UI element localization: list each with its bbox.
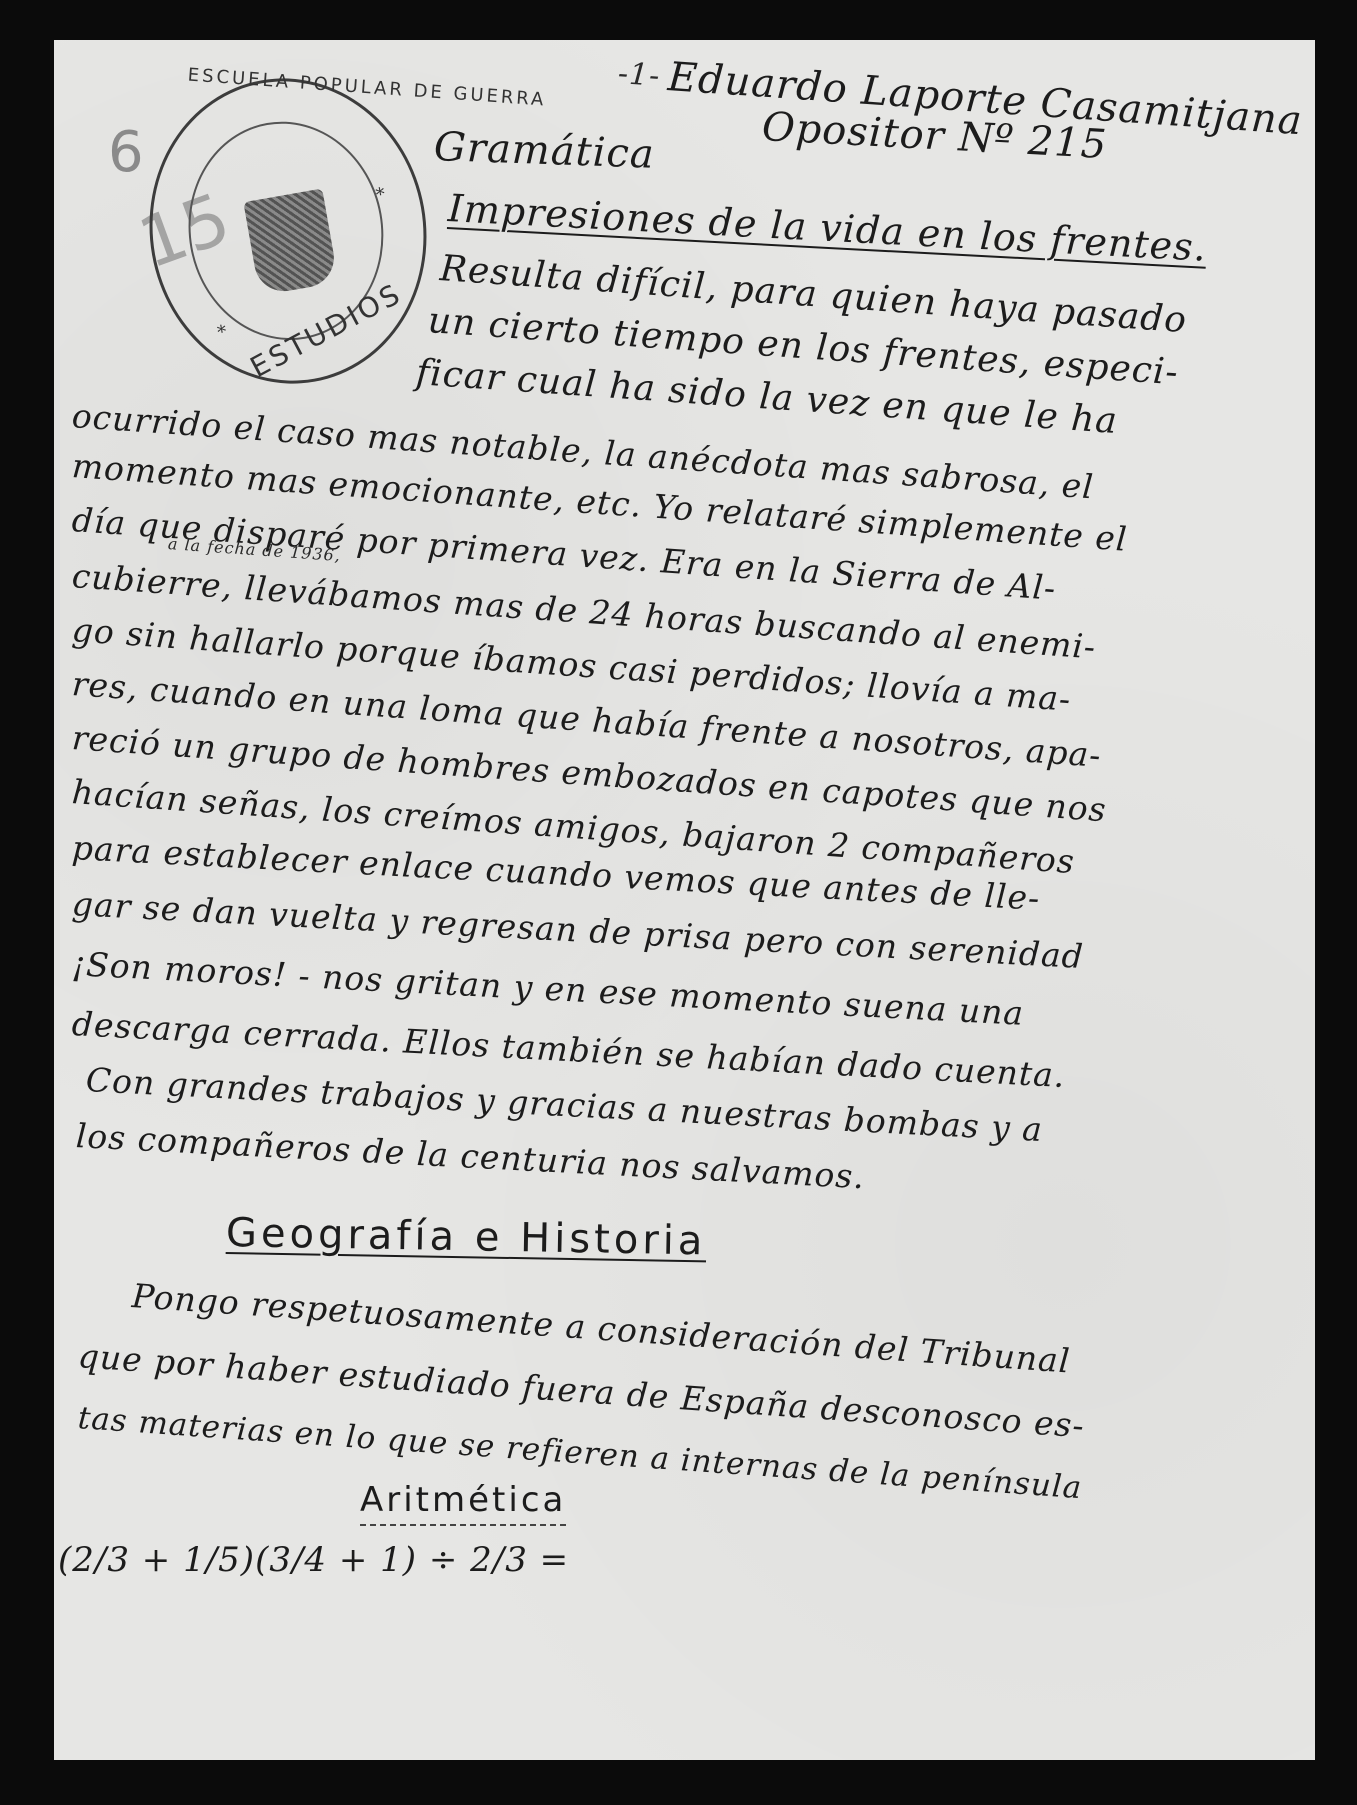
section-heading-aritmetica: Aritmética <box>360 1480 566 1526</box>
section-heading-geografia: Geografía e Historia <box>226 1210 707 1264</box>
coat-of-arms-icon <box>243 188 338 295</box>
section-heading-gramatica: Gramática <box>433 124 655 178</box>
page-number: -1- <box>617 56 662 94</box>
margin-pencil-number: 6 <box>108 120 144 185</box>
arithmetic-expression: (2/3 + 1/5)(3/4 + 1) ÷ 2/3 = <box>58 1540 569 1580</box>
star-icon: * <box>216 321 229 343</box>
